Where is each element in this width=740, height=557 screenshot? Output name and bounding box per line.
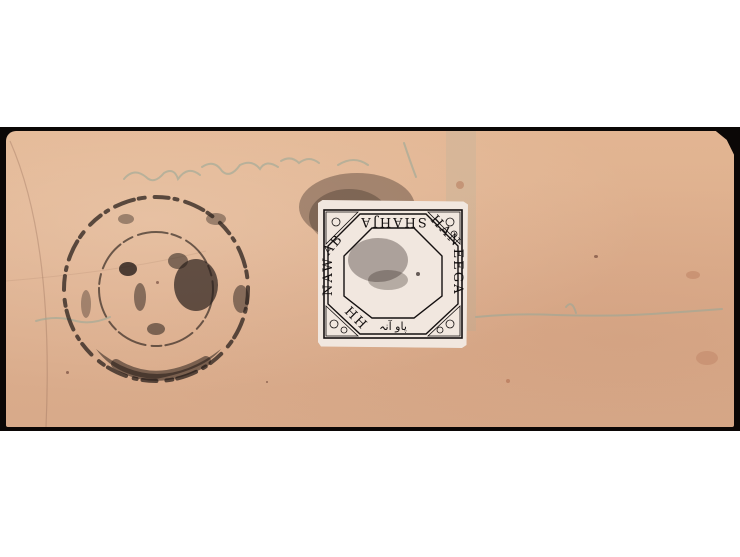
paper-stain	[686, 271, 700, 279]
stamp-value-tablet: پاو آنہ	[379, 319, 407, 333]
envelope-fragment: SHAHJA HANEEGAM NAWAB HH پاو آنہ	[6, 131, 734, 427]
postage-stamp: SHAHJA HANEEGAM NAWAB HH پاو آنہ	[318, 200, 468, 348]
paper-stain	[696, 351, 718, 365]
paper-speck	[594, 255, 598, 258]
paper-speck	[266, 381, 268, 383]
stamp-inscription-bottom-left: HH	[341, 304, 370, 333]
circular-postmark	[56, 189, 256, 389]
paper-stain	[456, 181, 464, 189]
corner-ornament-bottom-right	[428, 306, 460, 336]
stamp-inscription-top: SHAHJA	[359, 214, 427, 229]
stamp-design: SHAHJA HANEEGAM NAWAB HH پاو آنہ	[318, 200, 468, 348]
paper-speck	[506, 379, 510, 383]
